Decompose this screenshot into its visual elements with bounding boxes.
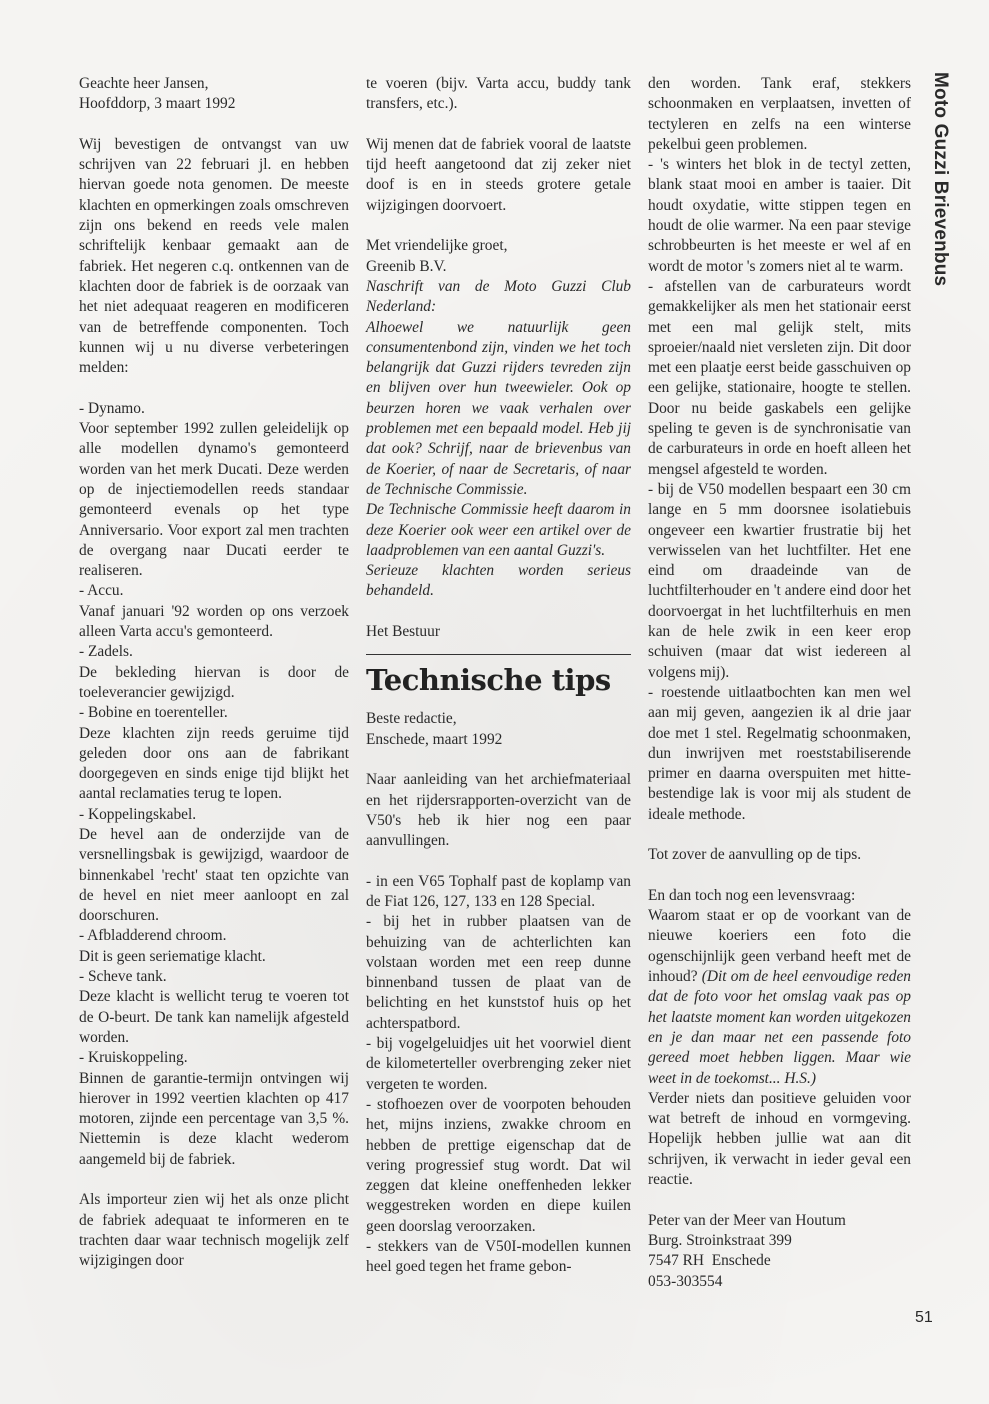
tip-item: - afstellen van de carburateurs wordt ge… bbox=[648, 277, 911, 480]
tips-closing: Verder niets dan positieve geluiden voor… bbox=[648, 1089, 911, 1190]
tips-continuation: den worden. Tank eraf, stekkers schoonma… bbox=[648, 74, 911, 155]
postscript-tc: De Technische Commissie heeft daarom in … bbox=[366, 500, 631, 561]
question-intro: En dan toch nog een levensvraag: bbox=[648, 886, 911, 906]
column-tips-continued: den worden. Tank eraf, stekkers schoonma… bbox=[648, 74, 911, 1292]
letter-greeting: Met vriendelijke groet, bbox=[366, 236, 631, 256]
tip-item: - stekkers van de V50I-modellen kunnen h… bbox=[366, 1237, 631, 1278]
item-text: Binnen de garantie-termijn ontvingen wij… bbox=[79, 1069, 349, 1170]
page-number: 51 bbox=[915, 1309, 933, 1327]
tip-item: - 's winters het blok in de tectyl zette… bbox=[648, 155, 911, 277]
item-text: Deze klachten zijn reeds geruime tijd ge… bbox=[79, 724, 349, 805]
letter-salutation: Geachte heer Jansen, bbox=[79, 74, 349, 94]
item-heading: - Dynamo. bbox=[79, 399, 349, 419]
sender-phone: 053-303554 bbox=[648, 1272, 911, 1292]
section-title: Technische tips bbox=[366, 661, 631, 699]
item-heading: - Scheve tank. bbox=[79, 967, 349, 987]
sender-street: Burg. Stroinkstraat 399 bbox=[648, 1231, 911, 1251]
question-block: Waarom staat er op de voorkant van de ni… bbox=[648, 906, 911, 1089]
column-importer-letter: Geachte heer Jansen, Hoofddorp, 3 maart … bbox=[79, 74, 349, 1272]
letter-intro: Wij bevestigen de ontvangst van uw schri… bbox=[79, 135, 349, 379]
column-postscript-and-tips: te voeren (bijv. Varta accu, buddy tank … bbox=[366, 74, 631, 1278]
item-text: Vanaf januari '92 worden op ons verzoek … bbox=[79, 602, 349, 643]
item-text: Voor september 1992 zullen geleidelijk o… bbox=[79, 419, 349, 581]
postscript-serious: Serieuze klachten worden serieus behande… bbox=[366, 561, 631, 602]
postscript-heading: Naschrift van de Moto Guzzi Club Nederla… bbox=[366, 277, 631, 318]
editor-reply: (Dit om de heel eenvoudige reden dat de … bbox=[648, 968, 911, 1086]
tip-item: - roestende uitlaatbochten kan men wel a… bbox=[648, 683, 911, 825]
sender-name: Peter van der Meer van Houtum bbox=[648, 1211, 911, 1231]
letter-place-date: Hoofddorp, 3 maart 1992 bbox=[79, 94, 349, 114]
item-heading: - Bobine en toerenteller. bbox=[79, 703, 349, 723]
postscript-body: Alhoewel we natuurlijk geen consumentenb… bbox=[366, 318, 631, 501]
magazine-page: Geachte heer Jansen, Hoofddorp, 3 maart … bbox=[0, 0, 989, 1404]
tip-item: - bij vogelgeluidjes uit het voorwiel di… bbox=[366, 1034, 631, 1095]
letter-paragraph: Wij menen dat de fabriek vooral de laats… bbox=[366, 135, 631, 216]
section-divider bbox=[366, 654, 631, 655]
tips-summary: Tot zover de aanvulling op de tips. bbox=[648, 845, 911, 865]
tip-item: - in een V65 Tophalf past de koplamp van… bbox=[366, 872, 631, 913]
item-text: Dit is geen seriematige klacht. bbox=[79, 947, 349, 967]
letter-continuation: te voeren (bijv. Varta accu, buddy tank … bbox=[366, 74, 631, 115]
tips-salutation: Beste redactie, bbox=[366, 709, 631, 729]
item-text: De bekleding hiervan is door de toelever… bbox=[79, 663, 349, 704]
item-heading: - Accu. bbox=[79, 581, 349, 601]
letter-closing: Als importeur zien wij het als onze plic… bbox=[79, 1190, 349, 1271]
sender-city: 7547 RH Enschede bbox=[648, 1251, 911, 1271]
tip-item: - bij de V50 modellen bespaart een 30 cm… bbox=[648, 480, 911, 683]
item-text: Deze klacht is wellicht terug te voeren … bbox=[79, 987, 349, 1048]
item-heading: - Koppelingskabel. bbox=[79, 805, 349, 825]
tip-item: - bij het in rubber plaatsen van de behu… bbox=[366, 912, 631, 1034]
item-heading: - Zadels. bbox=[79, 642, 349, 662]
tips-intro: Naar aanleiding van het archiefmateriaal… bbox=[366, 770, 631, 851]
item-text: De hevel aan de onderzijde van de versne… bbox=[79, 825, 349, 926]
section-side-label: Moto Guzzi Brievenbus bbox=[925, 72, 951, 332]
postscript-signature: Het Bestuur bbox=[366, 622, 631, 642]
tip-item: - stofhoezen over de voorpoten behouden … bbox=[366, 1095, 631, 1237]
tips-place-date: Enschede, maart 1992 bbox=[366, 730, 631, 750]
item-heading: - Afbladderend chroom. bbox=[79, 926, 349, 946]
item-heading: - Kruiskoppeling. bbox=[79, 1048, 349, 1068]
letter-company: Greenib B.V. bbox=[366, 257, 631, 277]
